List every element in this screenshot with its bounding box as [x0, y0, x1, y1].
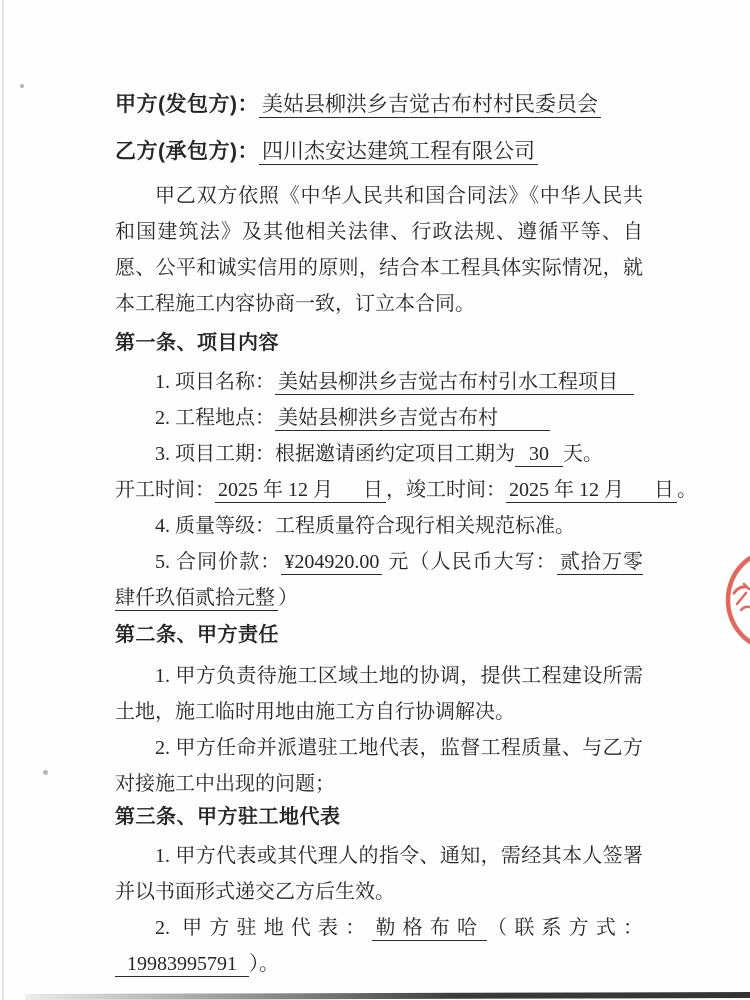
section-2-heading: 第二条、甲方责任	[115, 620, 643, 650]
section-2-para-1: 1. 甲方负责待施工区域土地的协调，提供工程建设所需土地，施工临时用地由施工方自…	[115, 658, 643, 730]
contract-price-mid: 元（人民币大写：	[388, 551, 556, 573]
start-date-text: 2025 年 12 月	[218, 479, 333, 501]
start-date-label: 开工时间：	[115, 479, 215, 501]
end-date-text: 2025 年 12 月	[509, 479, 624, 501]
start-date-value: 2025 年 12 月日	[215, 479, 386, 503]
representative-name: 勒格布哈	[372, 917, 487, 941]
project-duration-suffix: 天。	[563, 443, 603, 465]
party-a-line: 甲方(发包方)：美姑县柳洪乡吉觉古布村村民委员会	[115, 88, 643, 121]
contract-price-line: 5. 合同价款：¥204920.00 元（人民币大写：贰拾万零肆仟玖佰贰拾元整）	[115, 544, 643, 616]
project-location-value: 美姑县柳洪乡吉觉古布村	[275, 407, 550, 431]
representative-close: ）。	[249, 953, 279, 975]
official-red-seal-icon	[716, 546, 750, 654]
preamble-paragraph: 甲乙双方依照《中华人民共和国合同法》《中华人民共和国建筑法》及其他相关法律、行政…	[115, 178, 643, 322]
section-1-heading: 第一条、项目内容	[115, 328, 643, 358]
project-name-value: 美姑县柳洪乡吉觉古布村引水工程项目	[275, 371, 634, 395]
scan-edge-left	[2, 0, 4, 1000]
contract-body: 甲方(发包方)：美姑县柳洪乡吉觉古布村村民委员会 乙方(承包方)：四川杰安达建筑…	[115, 88, 643, 982]
contract-price-close: ）	[278, 587, 298, 609]
dates-line: 开工时间：2025 年 12 月日，竣工时间：2025 年 12 月日。	[115, 472, 643, 508]
quality-grade-line: 4. 质量等级：工程质量符合现行相关规范标准。	[115, 508, 643, 544]
scan-edge-bottom	[25, 992, 750, 1000]
project-duration-line: 3. 项目工期：根据邀请函约定项目工期为30天。	[115, 436, 643, 472]
section-2-para-2: 2. 甲方任命并派遣驻工地代表，监督工程质量、与乙方对接施工中出现的问题；	[115, 730, 643, 802]
party-a-value: 美姑县柳洪乡吉觉古布村村民委员会	[259, 92, 601, 118]
party-b-line: 乙方(承包方)：四川杰安达建筑工程有限公司	[115, 135, 643, 168]
project-duration-days: 30	[515, 443, 563, 467]
party-b-label: 乙方(承包方)：	[115, 140, 259, 163]
representative-line: 2. 甲方驻地代表：勒格布哈（联系方式：19983995791）。	[115, 910, 643, 982]
project-location-label: 2. 工程地点：	[155, 407, 275, 429]
party-b-value: 四川杰安达建筑工程有限公司	[259, 139, 538, 165]
party-a-label: 甲方(发包方)：	[115, 93, 259, 116]
end-date-value: 2025 年 12 月日	[506, 479, 677, 503]
representative-phone: 19983995791	[115, 953, 249, 977]
representative-mid: （联系方式：	[487, 917, 643, 939]
contract-price-amount: ¥204920.00	[281, 551, 382, 575]
dates-mid-text: ，竣工时间：	[386, 479, 506, 501]
representative-label: 2. 甲方驻地代表：	[155, 917, 372, 939]
start-day-char: 日	[363, 479, 383, 501]
end-day-char: 日	[654, 479, 674, 501]
contract-document-page: 甲方(发包方)：美姑县柳洪乡吉觉古布村村民委员会 乙方(承包方)：四川杰安达建筑…	[0, 0, 750, 1000]
project-name-label: 1. 项目名称：	[155, 371, 275, 393]
paper-speck	[20, 84, 24, 88]
paper-speck	[43, 770, 48, 775]
project-duration-label: 3. 项目工期：根据邀请函约定项目工期为	[155, 443, 515, 465]
project-name-line: 1. 项目名称：美姑县柳洪乡吉觉古布村引水工程项目	[115, 364, 643, 400]
dates-period: 。	[677, 479, 697, 501]
section-3-para-1: 1. 甲方代表或其代理人的指令、通知，需经其本人签署并以书面形式递交乙方后生效。	[115, 838, 643, 910]
section-3-heading: 第三条、甲方驻工地代表	[115, 802, 643, 832]
contract-price-label: 5. 合同价款：	[155, 551, 281, 573]
project-location-line: 2. 工程地点：美姑县柳洪乡吉觉古布村	[115, 400, 643, 436]
